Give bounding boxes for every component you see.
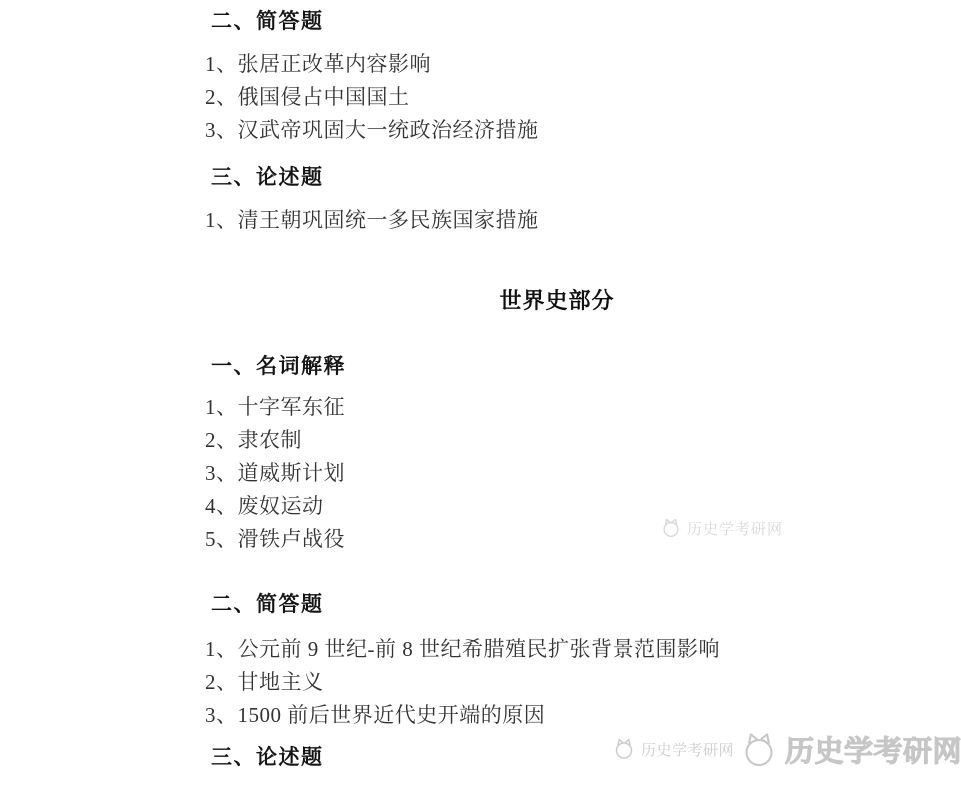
section-heading: 一、名词解释 bbox=[211, 355, 961, 377]
document-page: { "page": { "background": "#ffffff", "bo… bbox=[0, 0, 961, 790]
question-item: 4、废奴运动 bbox=[205, 495, 961, 517]
question-item: 1、十字军东征 bbox=[205, 396, 961, 418]
cat-logo-icon bbox=[738, 730, 780, 770]
question-list: 1、十字军东征2、隶农制3、道威斯计划4、废奴运动5、滑铁卢战役 bbox=[205, 396, 961, 550]
watermark-bottom-small: 历史学考研网 bbox=[612, 737, 734, 761]
question-item: 2、俄国侵占中国国土 bbox=[205, 86, 961, 108]
question-item: 3、汉武帝巩固大一统政治经济措施 bbox=[205, 119, 961, 141]
section-heading: 二、简答题 bbox=[211, 10, 961, 32]
section-heading: 二、简答题 bbox=[211, 593, 961, 615]
question-list: 1、公元前 9 世纪-前 8 世纪希腊殖民扩张背景范围影响2、甘地主义3、150… bbox=[205, 638, 961, 726]
question-item: 5、滑铁卢战役 bbox=[205, 528, 961, 550]
question-item: 1、张居正改革内容影响 bbox=[205, 53, 961, 75]
question-item: 3、1500 前后世界近代史开端的原因 bbox=[205, 704, 961, 726]
cat-logo-icon bbox=[660, 517, 682, 539]
question-item: 1、清王朝巩固统一多民族国家措施 bbox=[205, 209, 961, 231]
question-item: 2、甘地主义 bbox=[205, 671, 961, 693]
question-item: 1、公元前 9 世纪-前 8 世纪希腊殖民扩张背景范围影响 bbox=[205, 638, 961, 660]
cat-logo-icon bbox=[612, 737, 636, 761]
part-title: 世界史部分 bbox=[205, 290, 909, 312]
question-item: 3、道威斯计划 bbox=[205, 462, 961, 484]
exam-question-document: 二、简答题1、张居正改革内容影响2、俄国侵占中国国土3、汉武帝巩固大一统政治经济… bbox=[0, 0, 961, 768]
section-heading: 三、论述题 bbox=[211, 166, 961, 188]
watermark-text: 历史学考研网 bbox=[687, 518, 783, 539]
watermark-bottom-large: 历史学考研网 bbox=[738, 729, 961, 770]
watermark-mid: 历史学考研网 bbox=[660, 517, 783, 539]
watermark-text: 历史学考研网 bbox=[641, 739, 734, 760]
question-item: 2、隶农制 bbox=[205, 429, 961, 451]
watermark-text: 历史学考研网 bbox=[785, 729, 961, 770]
question-list: 1、清王朝巩固统一多民族国家措施 bbox=[205, 209, 961, 231]
question-list: 1、张居正改革内容影响2、俄国侵占中国国土3、汉武帝巩固大一统政治经济措施 bbox=[205, 53, 961, 141]
